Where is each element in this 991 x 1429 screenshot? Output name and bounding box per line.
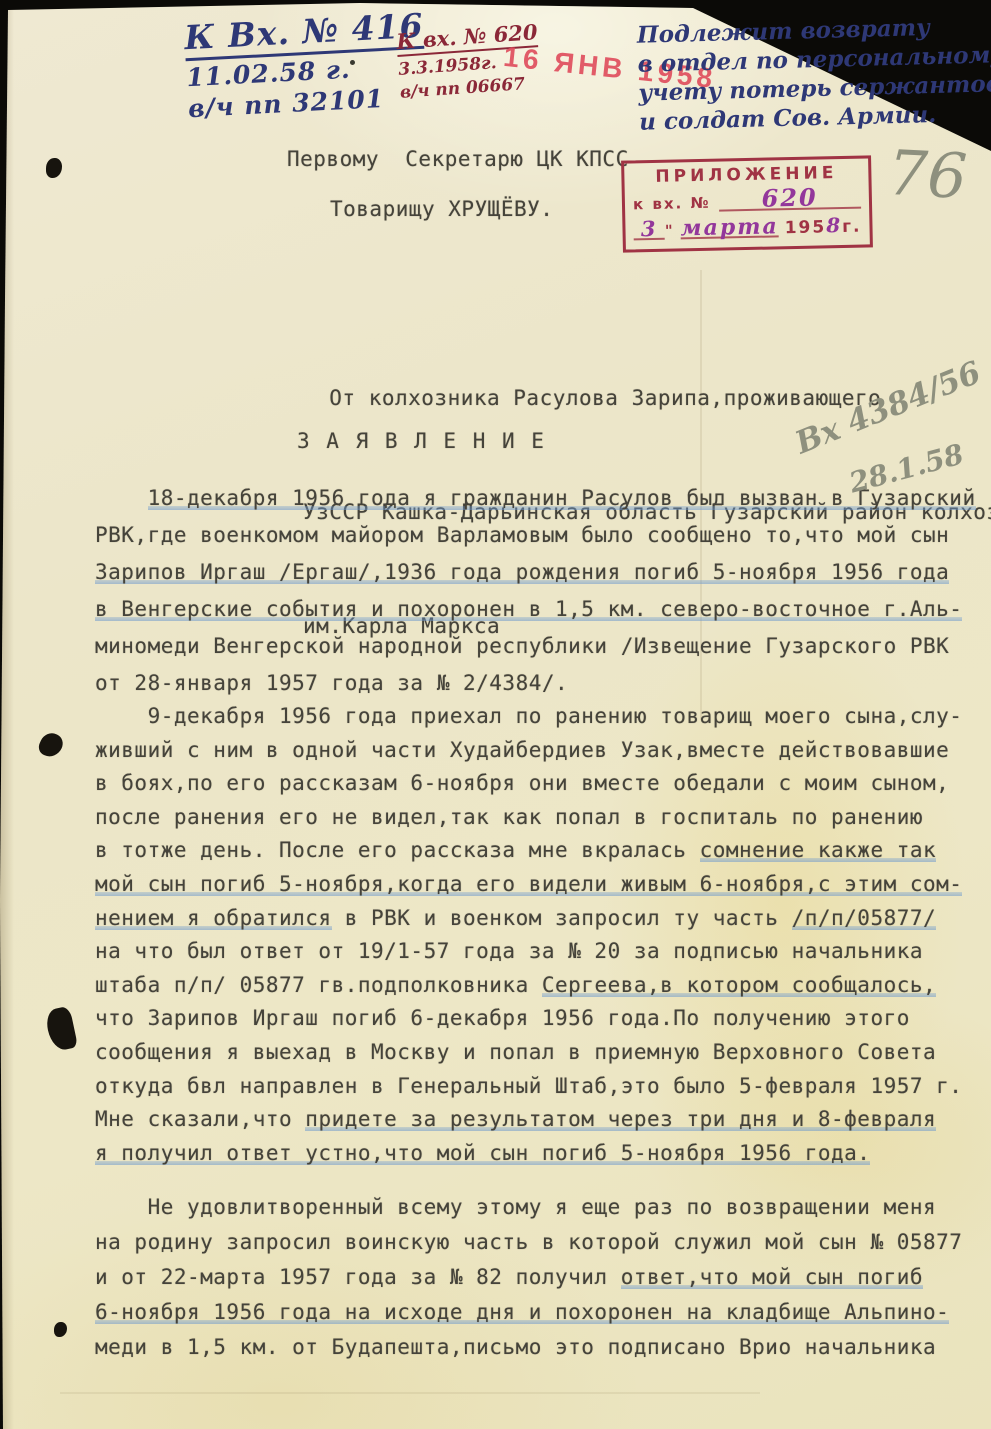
ink-blot bbox=[44, 1006, 78, 1052]
underlined-phrase: я получил ответ устно,что мой сын погиб … bbox=[95, 1141, 870, 1165]
typed-text: в РВК и военком запросил ту часть bbox=[332, 906, 792, 930]
scanned-document: Первому Секретарю ЦК КПСС Товарищу ХРУЩЁ… bbox=[0, 0, 991, 1429]
typed-text: после ранения его не видел,так как попал… bbox=[95, 805, 923, 829]
pencil-page-number: 76 bbox=[886, 136, 969, 213]
stamp-title: ПРИЛОЖЕНИЕ bbox=[632, 163, 860, 188]
typed-line: от 28-января 1957 года за № 2/4384/. bbox=[95, 665, 985, 702]
typed-text: меди в 1,5 км. от Будапешта,письмо это п… bbox=[95, 1335, 936, 1359]
stamp-number-handwritten: 620 bbox=[718, 187, 861, 212]
typed-text: штаба п/п/ 05877 гв.подполковника bbox=[95, 973, 542, 997]
registry-annotation-blue: К Вх. № 416 11.02.58 г. в/ч пп 32101 bbox=[183, 6, 427, 123]
typed-text: на родину запросил воинскую часть в кото… bbox=[95, 1230, 962, 1254]
stamp-year-handwritten: 8 bbox=[826, 213, 842, 237]
stamp-day-handwritten: 3 bbox=[633, 220, 665, 241]
typed-line: на родину запросил воинскую часть в кото… bbox=[95, 1225, 985, 1260]
typed-line: нением я обратился в РВК и военком запро… bbox=[95, 902, 985, 936]
typed-line: мой сын погиб 5-ноября,когда его видели … bbox=[95, 868, 985, 902]
stamp-year-suffix: г. bbox=[842, 217, 862, 237]
typed-text: откуда бвл направлен в Генеральный Штаб,… bbox=[95, 1074, 962, 1098]
typed-line: в тотже день. После его рассказа мне вкр… bbox=[95, 834, 985, 868]
typed-line: РВК,где военкомом майором Варламовым был… bbox=[95, 517, 985, 554]
stamp-year-printed: 195 bbox=[785, 217, 827, 238]
typed-line: Не удовлитворенный всему этому я еще раз… bbox=[95, 1190, 985, 1225]
ink-blot bbox=[46, 158, 62, 178]
typed-text: 9-декабря 1956 года приехал по ранению т… bbox=[95, 704, 962, 728]
typed-line: сообщения я выехад в Москву и попал в пр… bbox=[95, 1036, 985, 1070]
underlined-phrase: мой сын погиб 5-ноября,когда его видели … bbox=[95, 872, 962, 896]
typed-line: Зарипов Иргаш /Ергаш/,1936 года рождения… bbox=[95, 554, 985, 591]
addressee-line-1: Первому Секретарю ЦК КПСС bbox=[287, 147, 629, 171]
underlined-phrase: ответ,что мой сын погиб bbox=[621, 1265, 923, 1289]
typed-text: от 28-января 1957 года за № 2/4384/. bbox=[95, 671, 568, 695]
typed-line: после ранения его не видел,так как попал… bbox=[95, 801, 985, 835]
typed-line: и от 22-марта 1957 года за № 82 получил … bbox=[95, 1260, 985, 1295]
typed-text: живший с ним в одной части Худайбердиев … bbox=[95, 738, 949, 762]
typed-line: меди в 1,5 км. от Будапешта,письмо это п… bbox=[95, 1330, 985, 1365]
stamp-quote-mark: " bbox=[665, 222, 675, 240]
paper-sheet: Первому Секретарю ЦК КПСС Товарищу ХРУЩЁ… bbox=[0, 0, 991, 1429]
underlined-phrase: сомнение какже так bbox=[700, 838, 937, 862]
typed-line: штаба п/п/ 05877 гв.подполковника Сергее… bbox=[95, 969, 985, 1003]
typed-line: Мне сказали,что придете за результатом ч… bbox=[95, 1103, 985, 1137]
underlined-phrase: Зарипов Иргаш /Ергаш/,1936 года рождения… bbox=[95, 560, 949, 584]
return-instruction-note: Подлежит возврату в отдел по персонально… bbox=[637, 11, 991, 136]
ink-blot bbox=[54, 1322, 67, 1337]
underlined-phrase: Сергеева,в котором сообщалось, bbox=[542, 973, 936, 997]
underlined-phrase: в Венгерские события и похоронен в 1,5 к… bbox=[95, 597, 962, 621]
ink-blot bbox=[36, 729, 66, 760]
typed-text: в тотже день. После его рассказа мне вкр… bbox=[95, 838, 700, 862]
typed-text: Мне сказали,что bbox=[95, 1107, 305, 1131]
typed-line: миномеди Венгерской народной республики … bbox=[95, 628, 985, 665]
typed-text: миномеди Венгерской народной республики … bbox=[95, 634, 949, 658]
typed-text: что Зарипов Иргаш погиб 6-декабря 1956 г… bbox=[95, 1006, 910, 1030]
addressee-line-2: Товарищу ХРУЩЁВУ. bbox=[330, 197, 553, 221]
typed-line: я получил ответ устно,что мой сын погиб … bbox=[95, 1137, 985, 1171]
paragraph: 9-декабря 1956 года приехал по ранению т… bbox=[95, 700, 985, 1170]
typed-line: на что был ответ от 19/1-57 года за № 20… bbox=[95, 935, 985, 969]
typed-text bbox=[95, 486, 148, 510]
typed-text: РВК,где военкомом майором Варламовым был… bbox=[95, 523, 949, 547]
underlined-phrase: 6-ноября 1956 года на исходе дня и похор… bbox=[95, 1300, 949, 1324]
typed-text: на что был ответ от 19/1-57 года за № 20… bbox=[95, 939, 923, 963]
typed-line: в Венгерские события и похоронен в 1,5 к… bbox=[95, 591, 985, 628]
typed-text: сообщения я выехад в Москву и попал в пр… bbox=[95, 1040, 936, 1064]
attachment-stamp: ПРИЛОЖЕНИЕ к вх. № 620 3 " марта 195 8 г… bbox=[621, 155, 873, 252]
stamp-month-handwritten: марта bbox=[680, 217, 778, 239]
paragraph: Не удовлитворенный всему этому я еще раз… bbox=[95, 1190, 985, 1365]
typed-line: живший с ним в одной части Худайбердиев … bbox=[95, 734, 985, 768]
typed-text: Не удовлитворенный всему этому я еще раз… bbox=[95, 1195, 936, 1219]
typed-text: и от 22-марта 1957 года за № 82 получил bbox=[95, 1265, 621, 1289]
underlined-phrase: нением я обратился bbox=[95, 906, 332, 930]
document-title: З А Я В Л Е Н И Е bbox=[297, 429, 546, 453]
underlined-phrase: придете за результатом через три дня и 8… bbox=[305, 1107, 936, 1131]
underlined-phrase: /п/п/05877/ bbox=[792, 906, 937, 930]
typed-line: 9-декабря 1956 года приехал по ранению т… bbox=[95, 700, 985, 734]
stamp-field-label: к вх. № bbox=[633, 194, 711, 214]
typed-line: что Зарипов Иргаш погиб 6-декабря 1956 г… bbox=[95, 1002, 985, 1036]
typed-line: в боях,по его рассказам 6-ноября они вме… bbox=[95, 767, 985, 801]
paper-crease-horizontal bbox=[60, 1392, 760, 1394]
typed-line: 6-ноября 1956 года на исходе дня и похор… bbox=[95, 1295, 985, 1330]
typed-text: в боях,по его рассказам 6-ноября они вме… bbox=[95, 771, 949, 795]
typed-line: откуда бвл направлен в Генеральный Штаб,… bbox=[95, 1070, 985, 1104]
paragraph: 18-декабря 1956 года я гражданин Расулов… bbox=[95, 480, 985, 702]
